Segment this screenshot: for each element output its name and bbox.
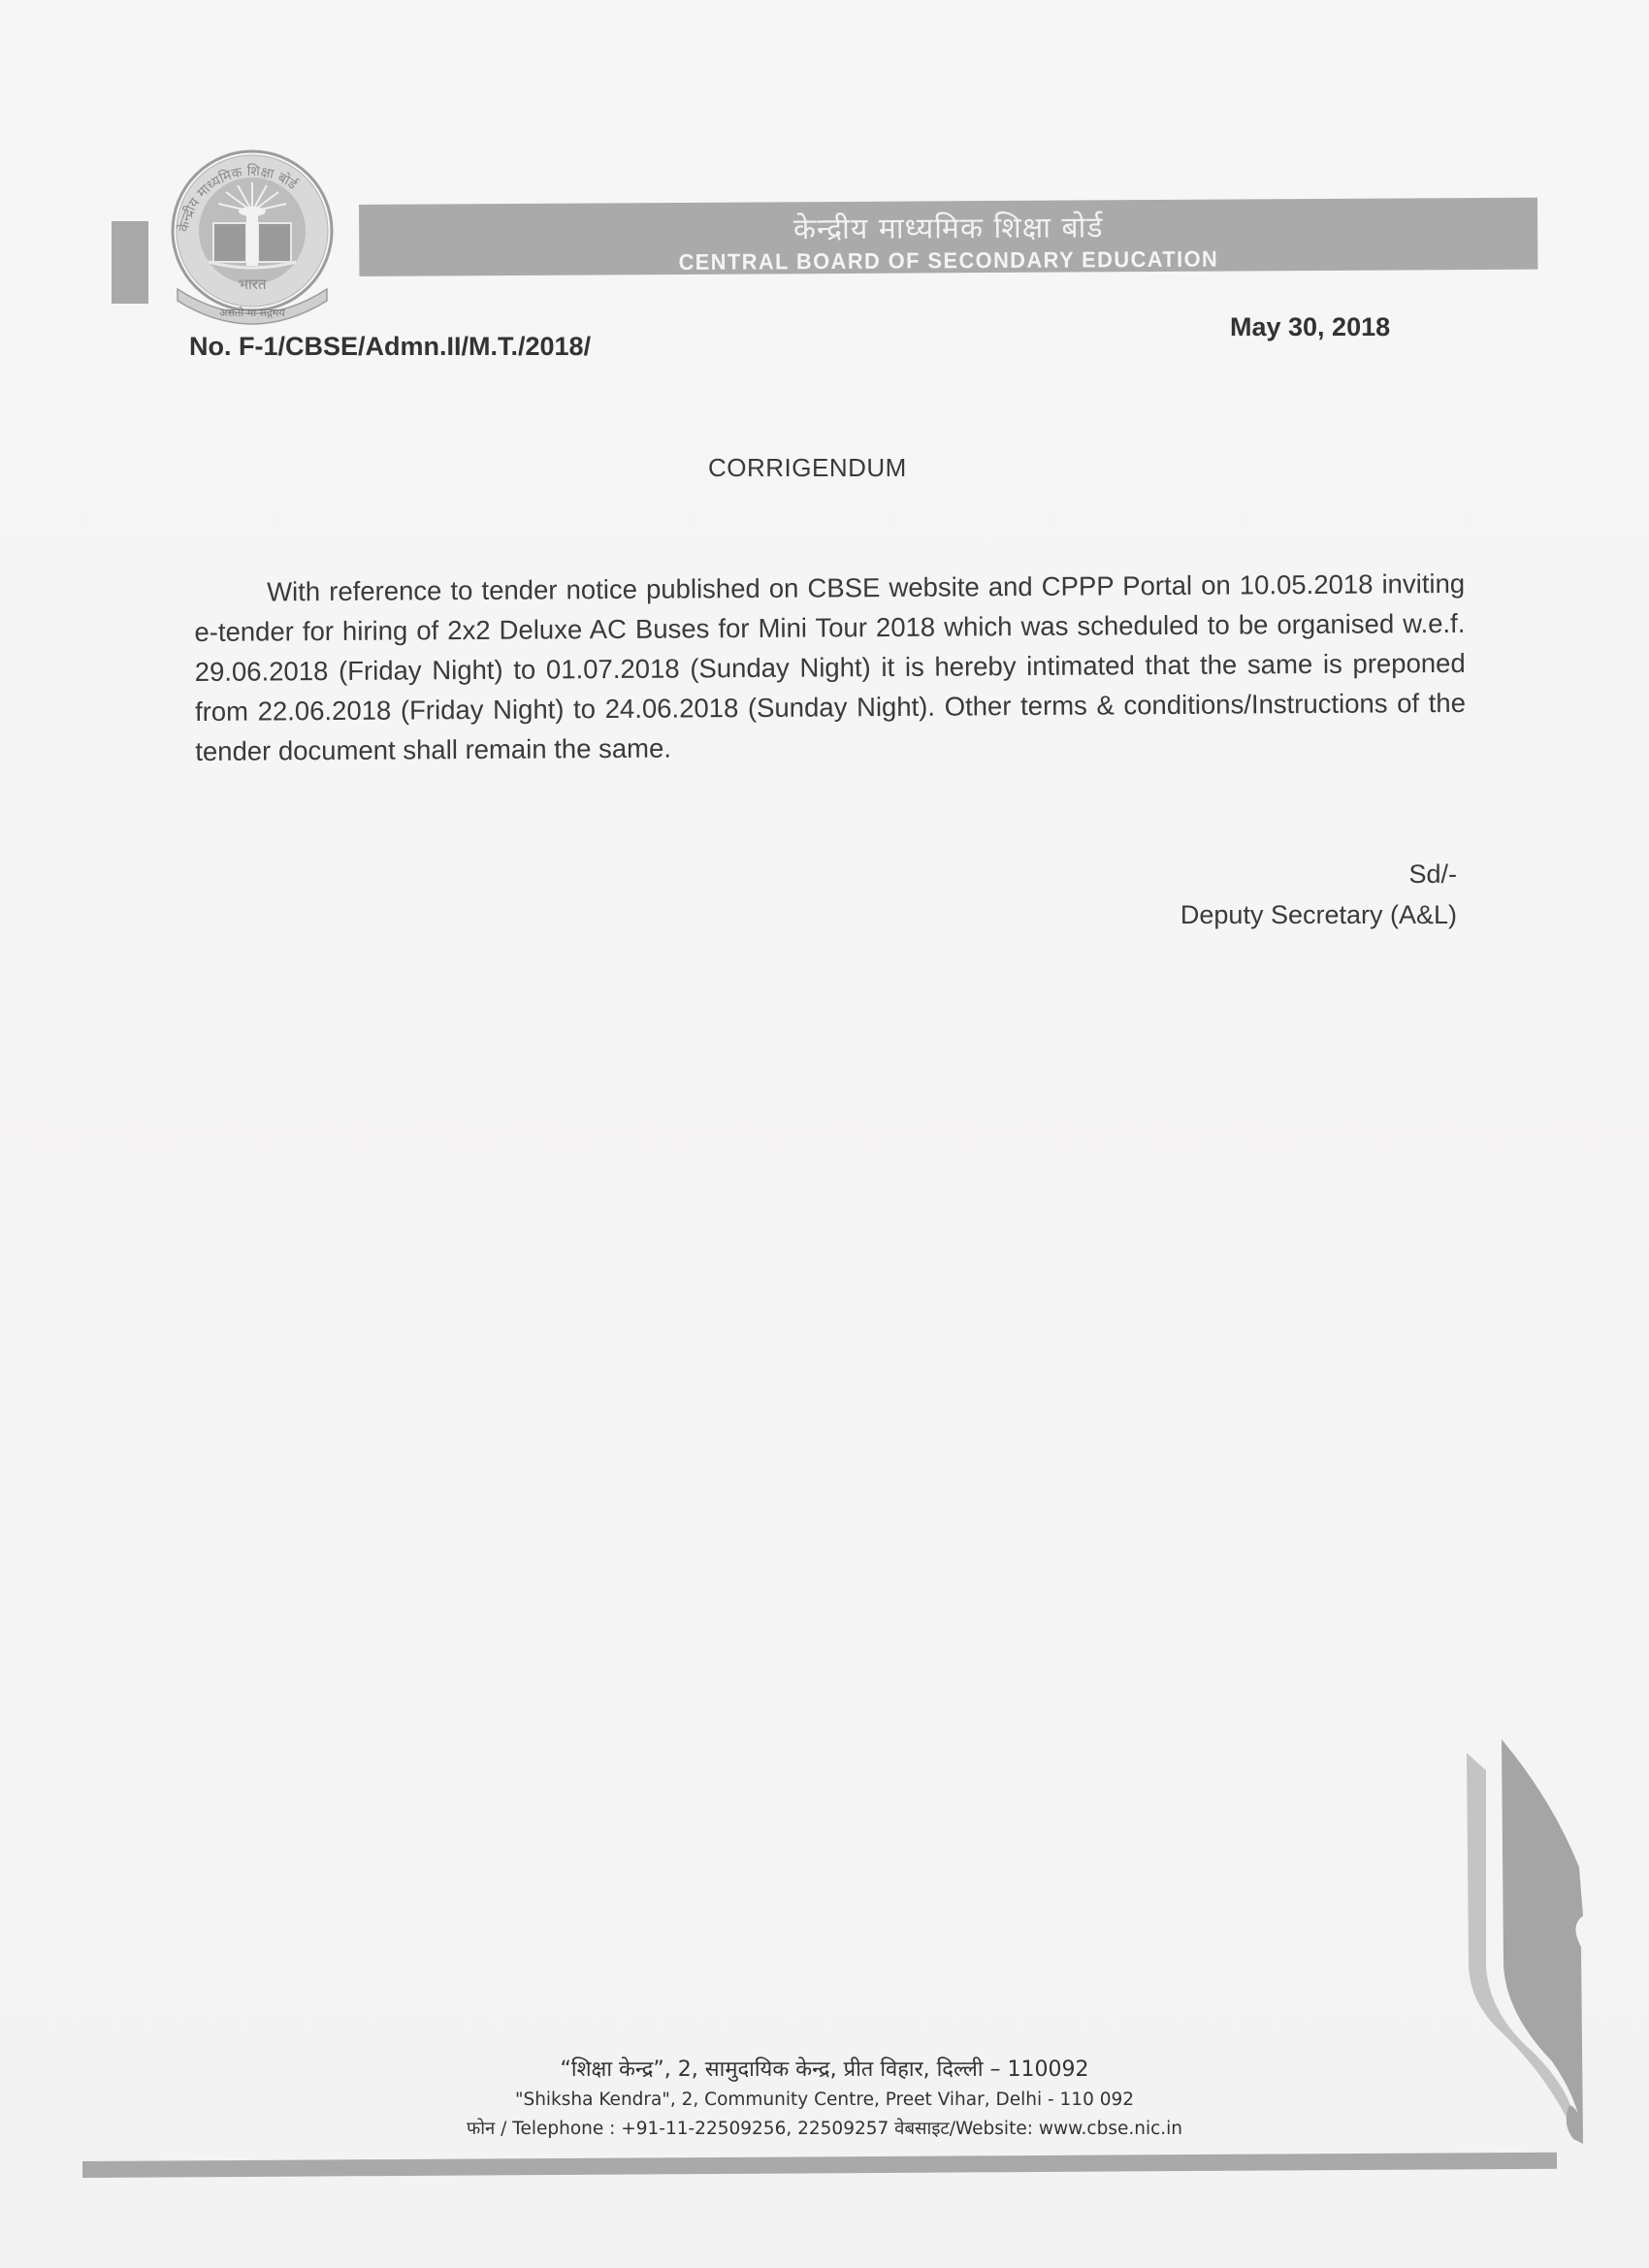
address-english: "Shiksha Kendra", 2, Community Centre, P… [388,2086,1261,2115]
website-label: वेबसाइट/Website: [894,2119,1033,2139]
document-body: With reference to tender notice publishe… [194,564,1466,771]
contact-line: फोन / Telephone : +91-11-22509256, 22509… [388,2115,1261,2144]
phone-numbers: +91-11-22509256, 22509257 [621,2119,889,2139]
phone-label: फोन / Telephone : [467,2119,615,2139]
footer-band [82,2153,1557,2178]
letterhead-footer: “शिक्षा केन्द्र”, 2, सामुदायिक केन्द्र, … [388,2055,1261,2144]
signature-block: Sd/- Deputy Secretary (A&L) [1180,854,1457,935]
document-date: May 30, 2018 [1230,312,1390,342]
svg-text:असतो मा सद्गमय: असतो मा सद्गमय [219,307,285,319]
address-hindi: “शिक्षा केन्द्र”, 2, सामुदायिक केन्द्र, … [388,2055,1261,2086]
signatory-designation: Deputy Secretary (A&L) [1180,894,1457,935]
org-name-english: CENTRAL BOARD OF SECONDARY EDUCATION [389,244,1508,277]
decorative-ornament-icon [1426,1732,1620,2149]
org-name-hindi: केन्द्रीय माध्यमिक शिक्षा बोर्ड [359,204,1537,250]
svg-text:भारत: भारत [238,275,267,293]
signature-mark: Sd/- [1180,854,1457,894]
cbse-emblem-icon: केन्द्रीय माध्यमिक शिक्षा बोर्ड भारत असत… [160,144,344,328]
document-title: CORRIGENDUM [708,453,907,483]
letterhead-band: केन्द्रीय माध्यमिक शिक्षा बोर्ड CENTRAL … [359,198,1537,276]
body-paragraph: With reference to tender notice publishe… [194,564,1466,771]
document-page: केन्द्रीय माध्यमिक शिक्षा बोर्ड भारत असत… [0,0,1649,2268]
reference-number: No. F-1/CBSE/Admn.II/M.T./2018/ [189,332,591,362]
header-side-block [112,221,148,304]
website-link[interactable]: www.cbse.nic.in [1039,2119,1182,2139]
